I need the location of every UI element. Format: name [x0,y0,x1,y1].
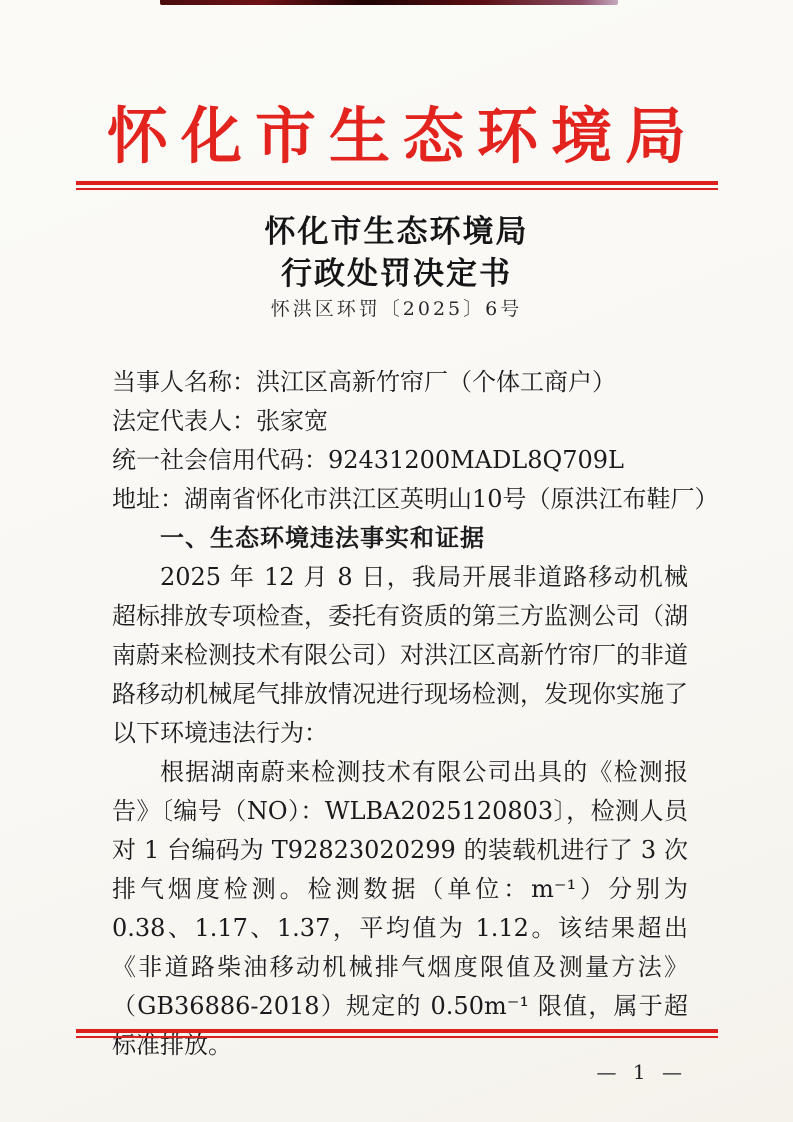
section1-heading: 一、生态环境违法事实和证据 [112,519,688,558]
party-name-value: 洪江区高新竹帘厂（个体工商户） [256,368,616,396]
paragraph-test-results: 根据湖南蔚来检测技术有限公司出具的《检测报告》〔编号（NO）：WLBA20251… [112,753,688,1065]
rule-thin-line [76,188,718,190]
rule-thin-line [76,1036,718,1038]
document-body: 当事人名称：洪江区高新竹帘厂（个体工商户） 法定代表人：张家宽 统一社会信用代码… [112,363,688,1065]
legal-representative-label: 法定代表人： [112,407,256,435]
letterhead-agency-name: 怀化市生态环境局 [0,88,793,175]
page-number: — 1 — [597,1060,687,1084]
scan-edge-artifact [160,0,618,5]
document-number: 怀洪区环罚〔2025〕6号 [0,294,793,321]
party-name-label: 当事人名称： [112,368,256,396]
legal-representative-value: 张家宽 [256,407,328,435]
document-title-line2: 行政处罚决定书 [0,248,793,293]
paragraph-inspection-facts: 2025 年 12 月 8 日，我局开展非道路移动机械超标排放专项检查，委托有资… [112,558,688,753]
credit-code-line: 统一社会信用代码：92431200MADL8Q709L [112,441,688,480]
credit-code-label: 统一社会信用代码： [112,446,328,474]
party-name-line: 当事人名称：洪江区高新竹帘厂（个体工商户） [112,363,688,402]
letterhead-divider-rule [76,181,718,192]
legal-representative-line: 法定代表人：张家宽 [112,402,688,441]
footer-divider-rule [76,1029,718,1040]
document-title-line1: 怀化市生态环境局 [0,206,793,251]
scanned-document-page: 怀化市生态环境局 怀化市生态环境局 行政处罚决定书 怀洪区环罚〔2025〕6号 … [0,0,793,1122]
address-value: 湖南省怀化市洪江区英明山10号（原洪江布鞋厂） [184,485,719,513]
address-label: 地址： [112,485,184,513]
address-line: 地址：湖南省怀化市洪江区英明山10号（原洪江布鞋厂） [112,480,688,519]
credit-code-value: 92431200MADL8Q709L [328,446,624,474]
